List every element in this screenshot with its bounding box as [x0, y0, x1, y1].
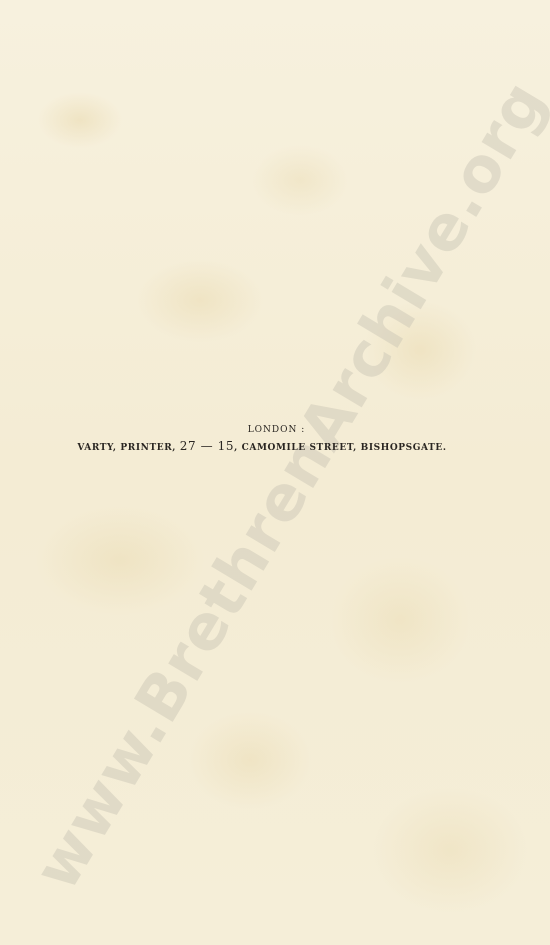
imprint-address-number: 27 — 15	[180, 439, 234, 453]
imprint-printer: VARTY, PRINTER,	[77, 443, 179, 453]
imprint-printer-line: VARTY, PRINTER, 27 — 15, CAMOMILE STREET…	[0, 439, 550, 453]
printer-imprint: LONDON : VARTY, PRINTER, 27 — 15, CAMOMI…	[0, 425, 550, 453]
imprint-address: , CAMOMILE STREET, BISHOPSGATE.	[234, 443, 446, 453]
imprint-place: LONDON :	[3, 425, 550, 435]
